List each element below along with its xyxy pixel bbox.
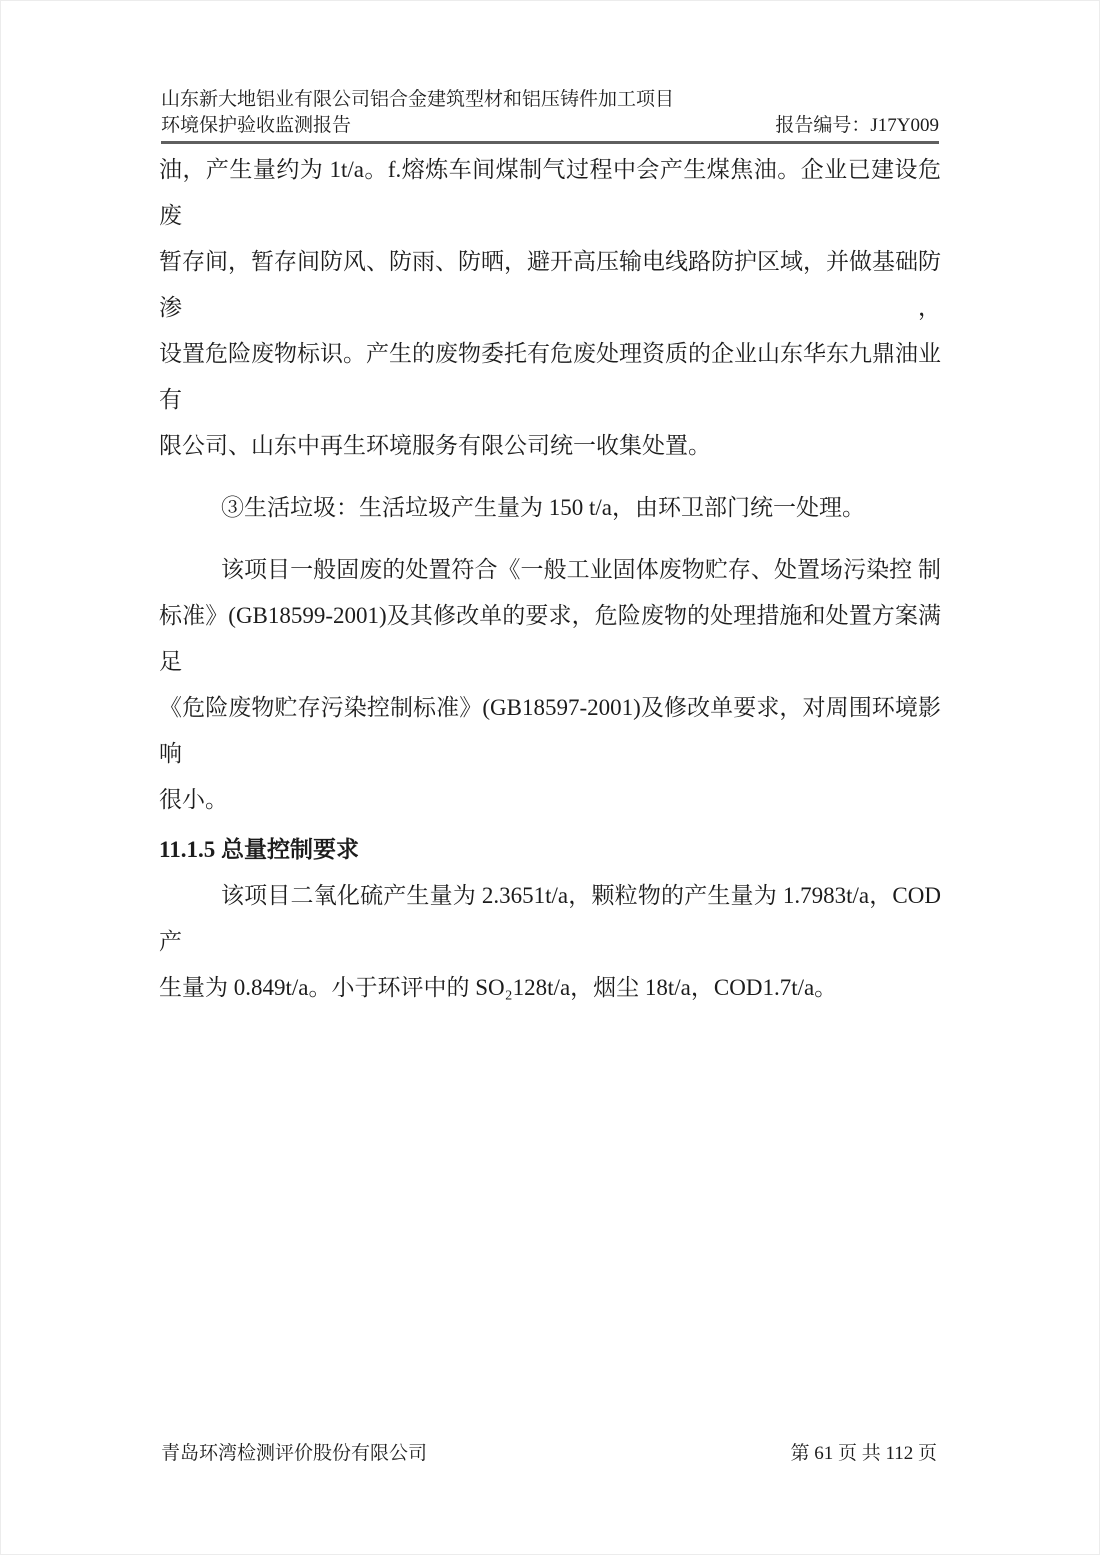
- text-line: 该项目一般固废的处置符合《一般工业固体废物贮存、处置场污染控 制: [159, 547, 941, 593]
- document-body: 油，产生量约为 1t/a。f.熔炼车间煤制气过程中会产生煤焦油。企业已建设危废暂…: [159, 147, 941, 1011]
- paragraph: 该项目二氧化硫产生量为 2.3651t/a，颗粒物的产生量为 1.7983t/a…: [159, 873, 941, 1011]
- section-heading: 11.1.5 总量控制要求: [159, 829, 941, 871]
- header-divider-rule: [161, 141, 939, 144]
- paragraph: 该项目一般固废的处置符合《一般工业固体废物贮存、处置场污染控 制标准》(GB18…: [159, 547, 941, 823]
- report-number: 报告编号：J17Y009: [775, 113, 939, 139]
- text-line: 限公司、山东中再生环境服务有限公司统一收集处置。: [159, 423, 941, 469]
- footer-company-name: 青岛环湾检测评价股份有限公司: [161, 1441, 427, 1467]
- text-line: 油，产生量约为 1t/a。f.熔炼车间煤制气过程中会产生煤焦油。企业已建设危废: [159, 147, 941, 239]
- footer-page-number: 第 61 页 共 112 页: [790, 1441, 937, 1467]
- report-title-line2: 环境保护验收监测报告: [161, 113, 351, 139]
- text-line: 很小。: [159, 777, 941, 823]
- page-header: 山东新大地铝业有限公司铝合金建筑型材和铝压铸件加工项目 环境保护验收监测报告 报…: [161, 87, 939, 139]
- text-line: 11.1.5 总量控制要求: [159, 829, 941, 871]
- paragraph: 油，产生量约为 1t/a。f.熔炼车间煤制气过程中会产生煤焦油。企业已建设危废暂…: [159, 147, 941, 469]
- paragraph: ③生活垃圾：生活垃圾产生量为 150 t/a，由环卫部门统一处理。: [159, 485, 941, 531]
- text-line: 标准》(GB18599-2001)及其修改单的要求，危险废物的处理措施和处置方案…: [159, 593, 941, 685]
- report-title-line1: 山东新大地铝业有限公司铝合金建筑型材和铝压铸件加工项目: [161, 87, 939, 113]
- text-line: 《危险废物贮存污染控制标准》(GB18597-2001)及修改单要求，对周围环境…: [159, 685, 941, 777]
- text-line: 生量为 0.849t/a。小于环评中的 SO₂128t/a，烟尘 18t/a，C…: [159, 965, 941, 1011]
- text-line: ③生活垃圾：生活垃圾产生量为 150 t/a，由环卫部门统一处理。: [159, 485, 941, 531]
- text-line: 暂存间，暂存间防风、防雨、防晒，避开高压输电线路防护区域，并做基础防渗，: [159, 239, 941, 331]
- document-page: 山东新大地铝业有限公司铝合金建筑型材和铝压铸件加工项目 环境保护验收监测报告 报…: [0, 0, 1100, 1555]
- page-footer: 青岛环湾检测评价股份有限公司 第 61 页 共 112 页: [161, 1441, 937, 1467]
- text-line: 设置危险废物标识。产生的废物委托有危废处理资质的企业山东华东九鼎油业有: [159, 331, 941, 423]
- text-line: 该项目二氧化硫产生量为 2.3651t/a，颗粒物的产生量为 1.7983t/a…: [159, 873, 941, 965]
